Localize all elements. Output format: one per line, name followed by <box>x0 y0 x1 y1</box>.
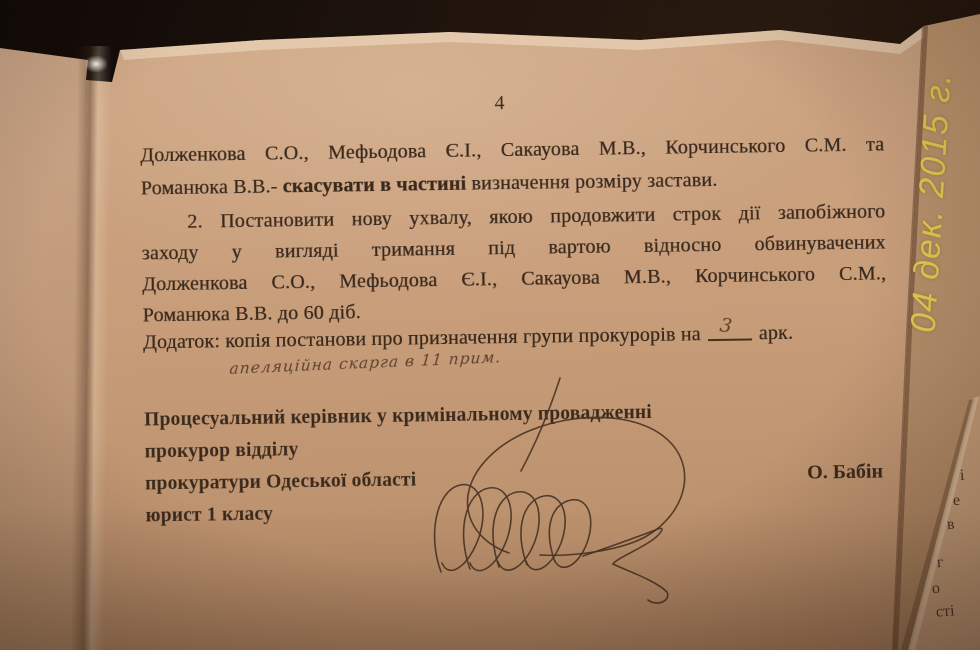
paragraph-cancellation: Долженкова С.О., Мефьодова Є.І., Сакауов… <box>140 128 885 205</box>
handwritten-count: 3 <box>718 314 733 338</box>
paragraph-new-ruling: 2. Постановити нову ухвалу, якою продовж… <box>141 196 887 331</box>
edge-text-fragment: в <box>946 516 955 534</box>
photo-of-document: 4 Долженкова С.О., Мефьодова Є.І., Сакау… <box>0 0 980 650</box>
page-number: 4 <box>139 87 859 121</box>
text-run: Романюка В.В.- <box>141 175 283 199</box>
blank-underline: 3 <box>708 338 752 341</box>
attachment-text: арк. <box>759 322 794 345</box>
paper-highlight-glint <box>84 55 108 73</box>
edge-text-fragment: сті <box>935 602 955 621</box>
bold-text-run: скасувати в частині <box>282 173 466 198</box>
signature-ink <box>415 372 705 617</box>
text-run: визначення розміру застави. <box>466 169 718 195</box>
edge-text-fragment: е <box>952 492 960 510</box>
edge-text-fragment: о <box>931 580 940 599</box>
signer-name: О. Бабін <box>705 461 883 487</box>
edge-text-fragment: г <box>936 554 944 572</box>
